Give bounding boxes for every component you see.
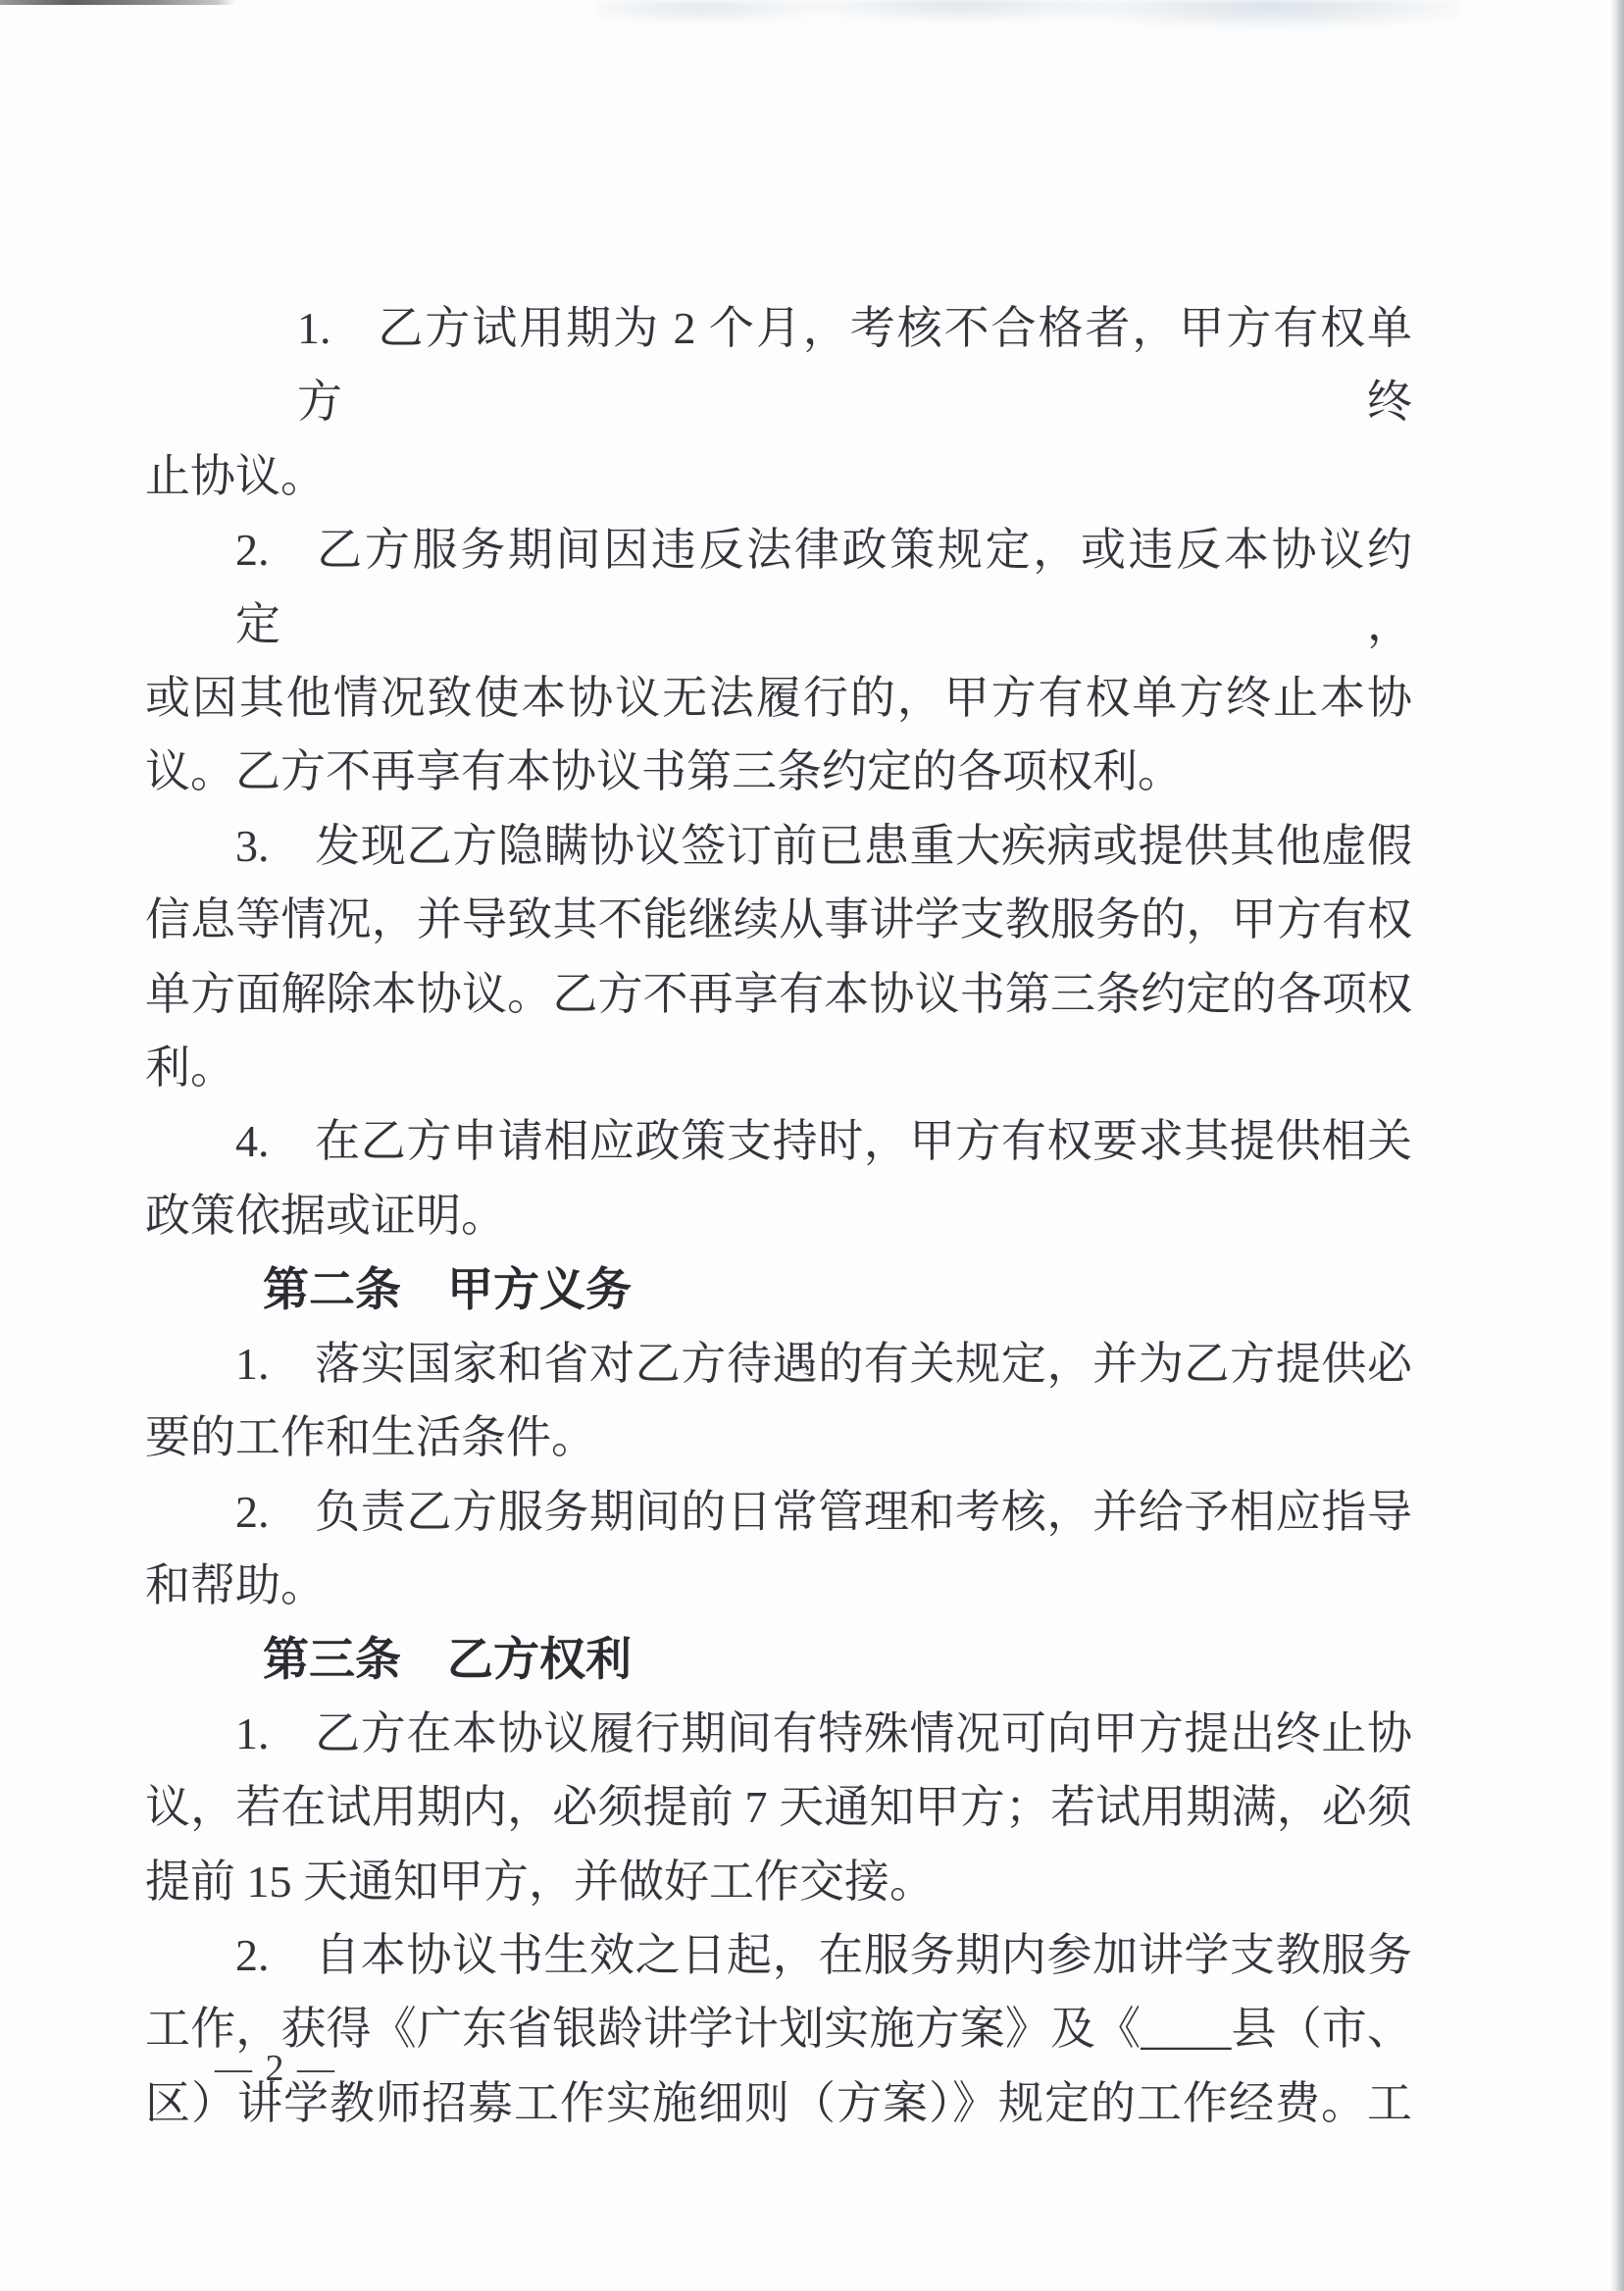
- text-line: 议。乙方不再享有本协议书第三条约定的各项权利。: [145, 735, 1412, 808]
- scan-artifact-right-edge: [1610, 0, 1624, 2291]
- text-line: 2. 自本协议书生效之日起，在服务期内参加讲学支教服务: [145, 1918, 1412, 1992]
- document-body: 1. 乙方试用期为 2 个月，考核不合格者，甲方有权单方终止协议。2. 乙方服务…: [145, 291, 1412, 2140]
- text-line: 止协议。: [145, 439, 1412, 513]
- scan-artifact-top-left-bar: [0, 0, 235, 5]
- text-line: 信息等情况，并导致其不能继续从事讲学支教服务的，甲方有权: [145, 883, 1412, 956]
- section-heading: 第二条 甲方义务: [145, 1252, 1412, 1326]
- text-line: 政策依据或证明。: [145, 1179, 1412, 1252]
- text-line: 4. 在乙方申请相应政策支持时，甲方有权要求其提供相关: [145, 1104, 1412, 1178]
- page-number: — 2 —: [215, 2043, 336, 2094]
- text-line: 1. 乙方在本协议履行期间有特殊情况可向甲方提出终止协: [145, 1697, 1412, 1770]
- scan-artifact-top-haze: [598, 0, 1461, 51]
- text-line: 或因其他情况致使本协议无法履行的，甲方有权单方终止本协: [145, 661, 1412, 735]
- text-line: 1. 乙方试用期为 2 个月，考核不合格者，甲方有权单方终: [145, 291, 1412, 439]
- text-line: 议，若在试用期内，必须提前 7 天通知甲方；若试用期满，必须: [145, 1770, 1412, 1844]
- text-line: 要的工作和生活条件。: [145, 1400, 1412, 1474]
- text-line: 提前 15 天通知甲方，并做好工作交接。: [145, 1845, 1412, 1918]
- text-line: 单方面解除本协议。乙方不再享有本协议书第三条约定的各项权: [145, 957, 1412, 1031]
- text-line: 2. 负责乙方服务期间的日常管理和考核，并给予相应指导: [145, 1475, 1412, 1549]
- text-line: 和帮助。: [145, 1549, 1412, 1622]
- text-line: 3. 发现乙方隐瞒协议签订前已患重大疾病或提供其他虚假: [145, 809, 1412, 883]
- text-line: 2. 乙方服务期间因违反法律政策规定，或违反本协议约定，: [145, 513, 1412, 661]
- scanned-document-page: 1. 乙方试用期为 2 个月，考核不合格者，甲方有权单方终止协议。2. 乙方服务…: [0, 0, 1624, 2291]
- section-heading: 第三条 乙方权利: [145, 1622, 1412, 1696]
- text-line: 1. 落实国家和省对乙方待遇的有关规定，并为乙方提供必: [145, 1327, 1412, 1400]
- text-line: 利。: [145, 1031, 1412, 1104]
